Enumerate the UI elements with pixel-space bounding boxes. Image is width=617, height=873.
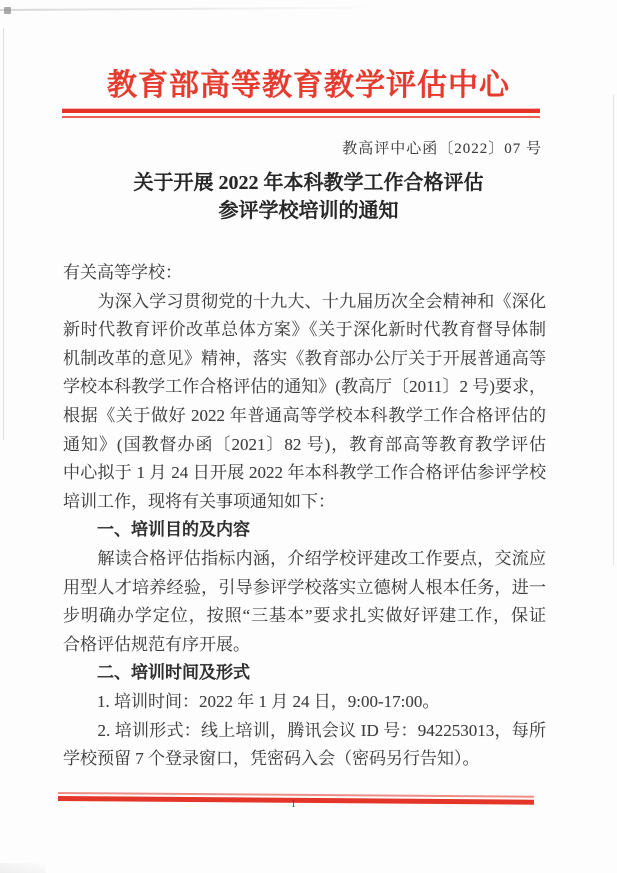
- body-line: 新时代教育评价改革总体方案》《关于深化新时代教育督导体制: [63, 316, 546, 345]
- page-number: 1: [291, 799, 296, 811]
- letterhead-double-rule: [62, 109, 540, 118]
- body-line: 为深入学习贯彻党的十九大、十九届历次全会精神和《深化: [63, 288, 546, 317]
- body-line: 中心拟于 1 月 24 日开展 2022 年本科教学工作合格评估参评学校: [63, 459, 546, 488]
- body-line: 步明确办学定位，按照“三基本”要求扎实做好评建工作，保证: [63, 602, 546, 631]
- doc-reference-number: 教高评中心函〔2022〕07 号: [342, 137, 542, 158]
- body-line: 学校预留 7 个登录窗口，凭密码入会（密码另行告知）。: [63, 745, 546, 774]
- doc-title-line1: 关于开展 2022 年本科教学工作合格评估: [0, 169, 617, 197]
- scanned-document-page: 教育部高等教育教学评估中心 教高评中心函〔2022〕07 号 关于开展 2022…: [0, 0, 617, 873]
- body-line: 通知》(国教督办函〔2021〕82 号)，教育部高等教育教学评估: [63, 431, 546, 460]
- body-line: 1. 培训时间：2022 年 1 月 24 日，9:00-17:00。: [63, 688, 546, 717]
- body-line: 学校本科教学工作合格评估的通知》(教高厅〔2011〕2 号)要求，: [63, 373, 546, 402]
- scan-edge-top: [0, 7, 380, 11]
- scan-corner-bottom-left: [0, 863, 46, 873]
- rule-thin-line: [62, 116, 540, 118]
- body-line: 用型人才培养经验，引导参评学校落实立德树人根本任务，进一: [63, 574, 546, 603]
- scan-edge-right: [613, 95, 614, 565]
- body-line: 解读合格评估指标内涵，介绍学校评建改工作要点，交流应: [63, 545, 546, 574]
- salutation-line: 有关高等学校：: [63, 259, 546, 288]
- body-line: 根据《关于做好 2022 年普通高等学校本科教学工作合格评估的: [63, 402, 546, 431]
- body-line: 合格评估规范有序开展。: [63, 631, 546, 660]
- letterhead-org-title: 教育部高等教育教学评估中心: [0, 66, 617, 106]
- section-heading-1: 一、培训目的及内容: [63, 516, 546, 545]
- section-heading-2: 二、培训时间及形式: [63, 659, 546, 688]
- doc-body: 有关高等学校： 为深入学习贯彻党的十九大、十九届历次全会精神和《深化 新时代教育…: [63, 259, 546, 774]
- doc-title: 关于开展 2022 年本科教学工作合格评估 参评学校培训的通知: [0, 169, 617, 225]
- doc-title-line2: 参评学校培训的通知: [0, 197, 617, 225]
- body-line: 2. 培训形式：线上培训，腾讯会议 ID 号：942253013，每所: [63, 717, 546, 746]
- body-line: 机制改革的意见》精神，落实《教育部办公厅关于开展普通高等: [63, 345, 546, 374]
- body-line: 培训工作，现将有关事项通知如下：: [63, 488, 546, 517]
- scan-speck-top-left: [4, 7, 11, 14]
